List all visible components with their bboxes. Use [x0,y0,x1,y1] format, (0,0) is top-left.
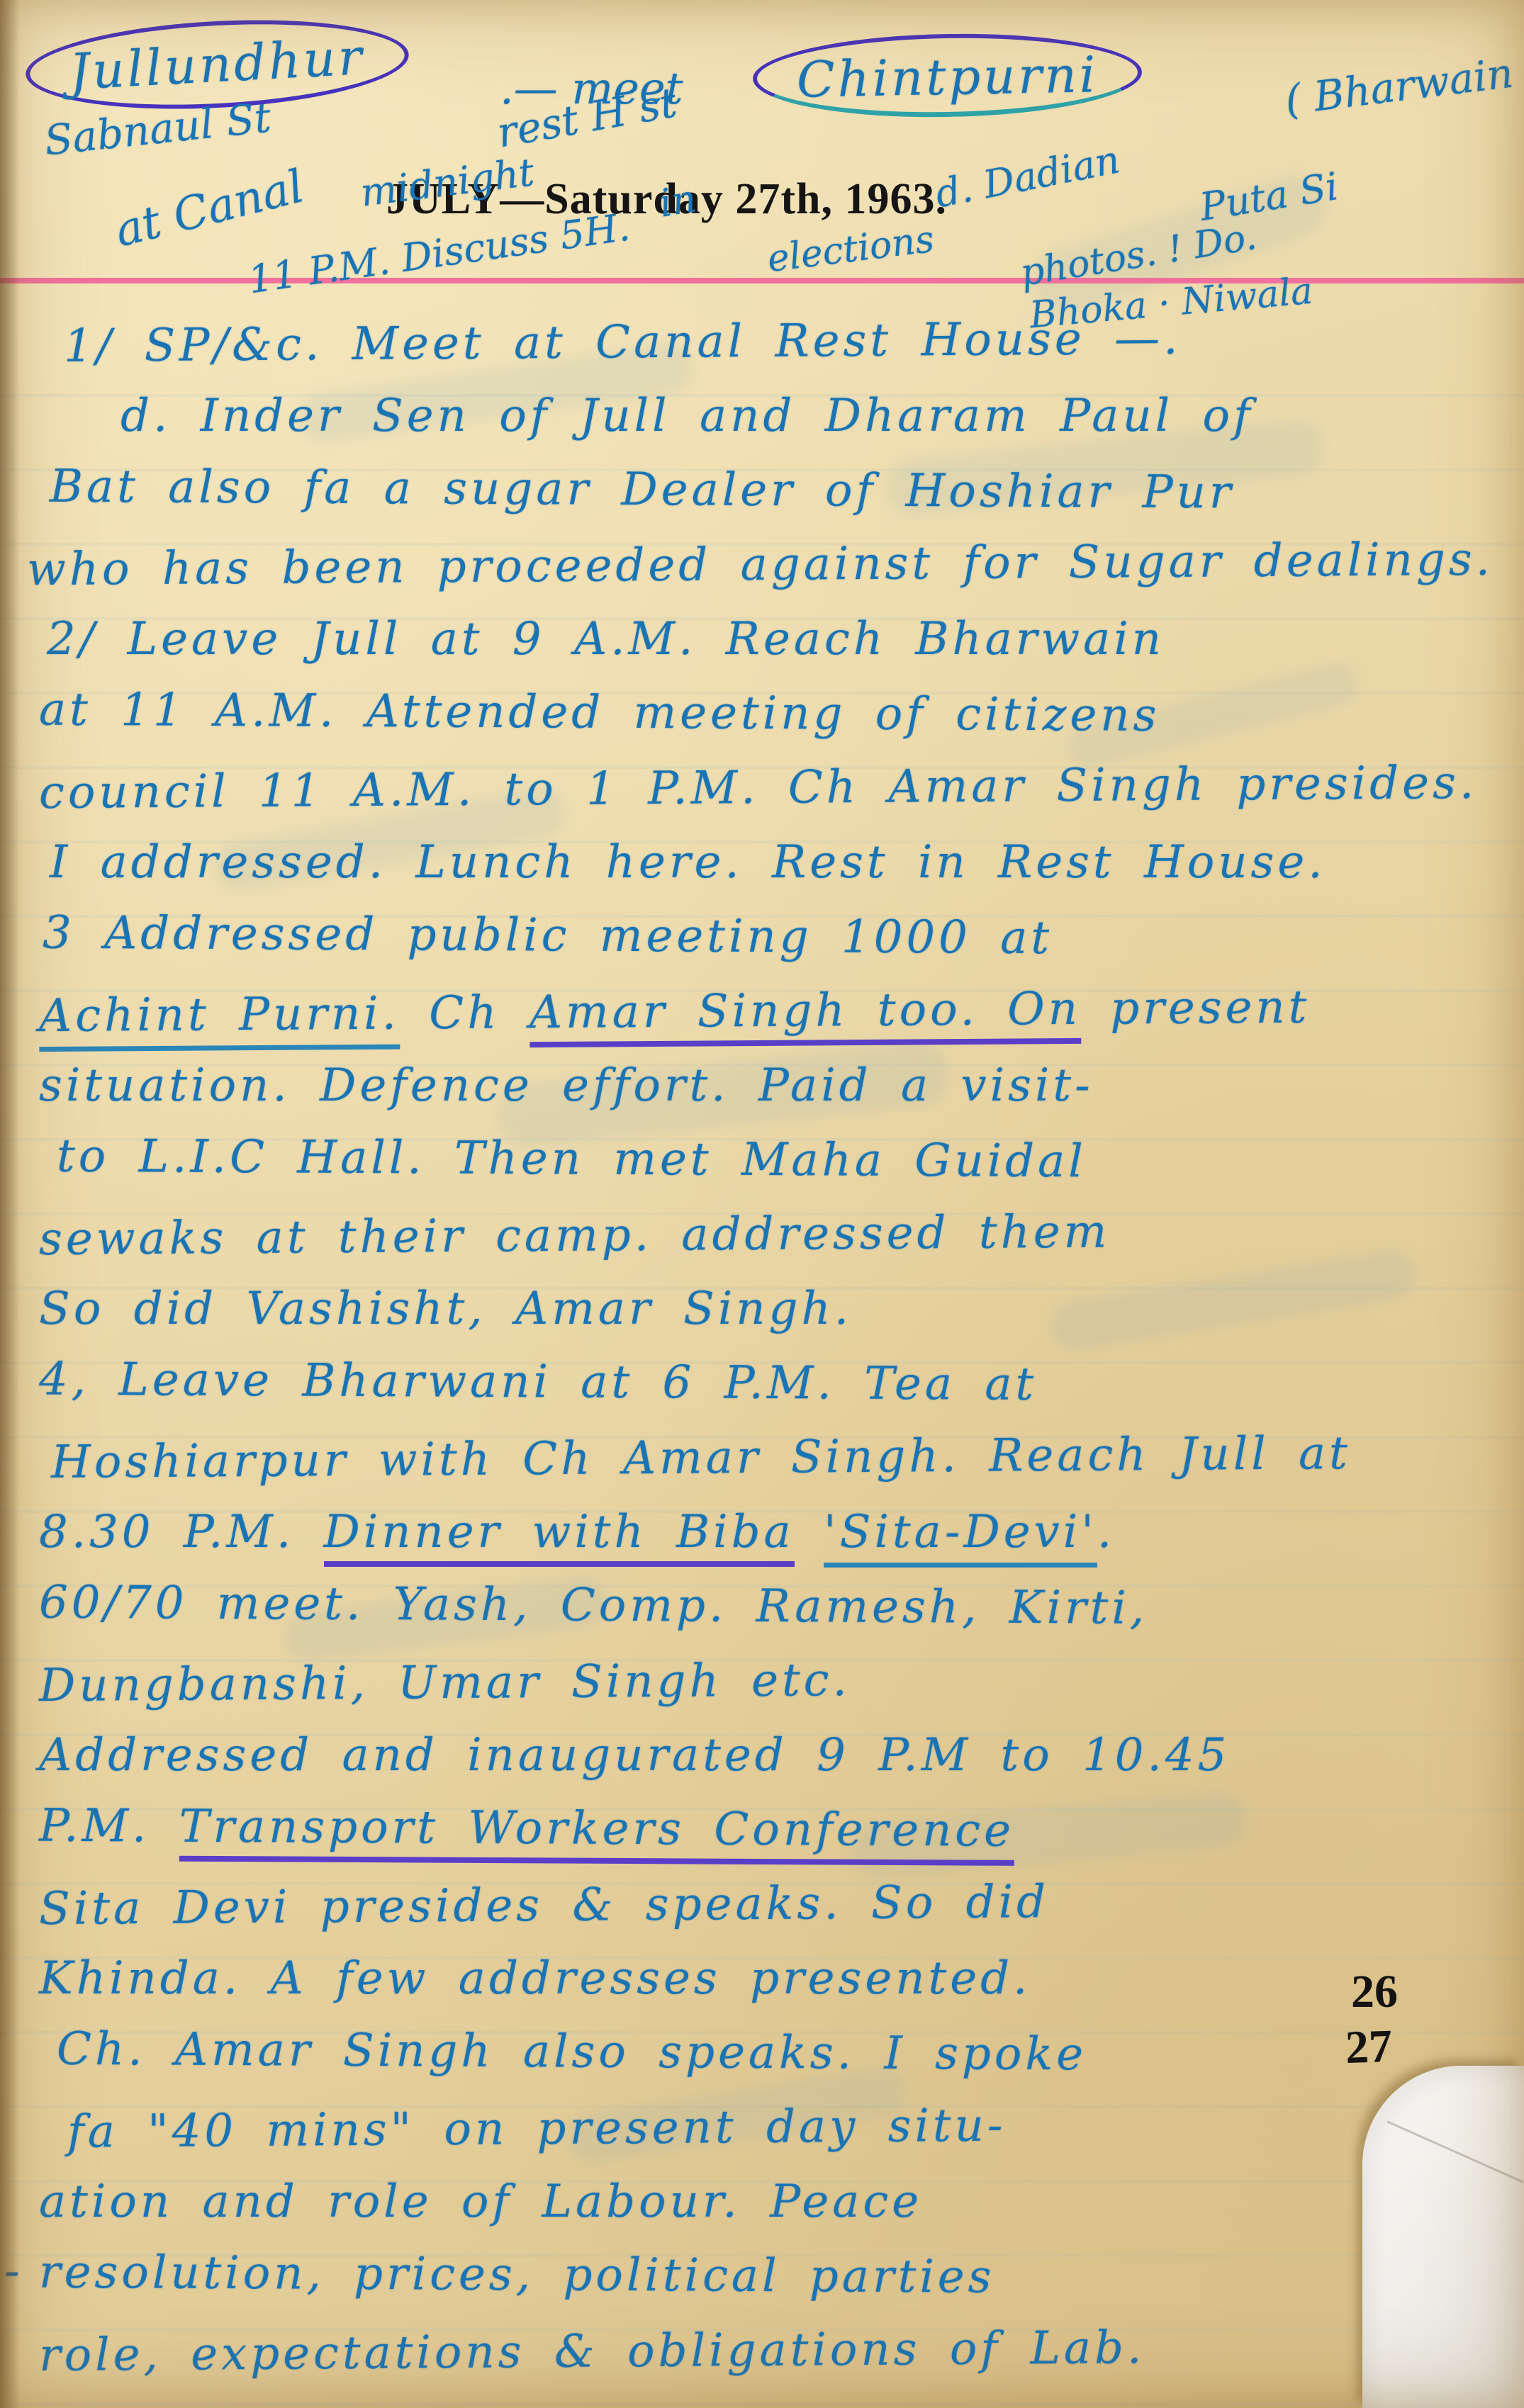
diary-line-segment: I addressed. Lunch here. Rest in Rest Ho… [50,836,1326,889]
diary-line-segment: Addressed and inaugurated 9 P.M to 10.45 [39,1729,1230,1782]
underlined-phrase: Achint Purni. [39,988,400,1052]
annotation-bharwain: ( Bharwain [1282,49,1515,125]
diary-line: Sita Devi presides & speaks. So did [0,1862,1524,1947]
diary-line-segment: who has been proceeded against for Sugar… [27,534,1494,596]
circled-place-chintpurni: Chintpurni [752,30,1143,120]
underlined-phrase: Amar Singh too. On [530,983,1082,1047]
diary-line: ation and role of Labour. Peace [0,2165,1524,2239]
diary-line-segment: 60/70 meet. Yash, Comp. Ramesh, Kirti, [39,1577,1148,1635]
diary-line-segment: 3 Addressed public meeting 1000 at [43,907,1053,964]
annotation-scrap: in [656,176,699,225]
diary-line-segment: So did Vashisht, Amar Singh. [39,1283,852,1335]
diary-line-segment: council 11 A.M. to 1 P.M. Ch Amar Singh … [39,757,1478,819]
diary-line-segment: Khinda. A few addresses presented. [39,1952,1031,2005]
diary-line: fa "40 mins" on present day situ- [0,2085,1524,2170]
diary-page: JULY—Saturday 27th, 1963. Jullundhur .— … [0,0,1524,2408]
diary-line-segment: sewaks at their camp. addressed them [39,1206,1111,1266]
diary-line-segment: at 11 A.M. Attended meeting of citizens [39,684,1160,742]
diary-line-segment: Ch. Amar Singh also speaks. I spoke [57,2023,1087,2081]
diary-line-segment: resolution, prices, political parties [39,2246,995,2304]
diary-line-segment [795,1506,824,1558]
diary-line: Addressed and inaugurated 9 P.M to 10.45 [0,1718,1524,1793]
diary-line: 2/ Leave Jull at 9 A.M. Reach Bharwain [0,602,1524,677]
margin-dash: - [4,2245,20,2297]
diary-line: 4, Leave Bharwani at 6 P.M. Tea at [0,1342,1524,1424]
diary-line: sewaks at their camp. addressed them [0,1192,1524,1277]
diary-line-segment: Sita Devi presides & speaks. So did [39,1876,1050,1935]
diary-line: Khinda. A few addresses presented. [0,1942,1524,2016]
diary-line: Achint Purni. Ch Amar Singh too. On pres… [0,969,1524,1054]
diary-line: d. Inder Sen of Jull and Dharam Paul of [0,379,1524,454]
diary-line-segment: 8.30 P.M. [39,1506,324,1558]
annotation-scrap: elections [765,218,936,281]
diary-line-segment: Bat also fa a sugar Dealer of Hoshiar Pu… [50,461,1235,519]
annotation-scrap: d. Dadian [931,137,1123,216]
annotation-scrap: Puta Si [1197,164,1341,230]
diary-line: to L.I.C Hall. Then met Maha Guidal [0,1119,1524,1201]
circled-word: Chintpurni [752,30,1143,120]
underlined-phrase: Transport Workers Conference [179,1801,1014,1866]
diary-line: council 11 A.M. to 1 P.M. Ch Amar Singh … [0,746,1524,831]
diary-line-segment: 2/ Leave Jull at 9 A.M. Reach Bharwain [47,613,1165,665]
annotation-scrap: at Canal [110,160,309,257]
diary-line: 60/70 meet. Yash, Comp. Ramesh, Kirti, [0,1565,1524,1648]
diary-line-segment: 4, Leave Bharwani at 6 P.M. Tea at [39,1354,1038,1411]
diary-line: Hoshiarpur with Ch Amar Singh. Reach Jul… [0,1415,1524,1500]
diary-line: So did Vashisht, Amar Singh. [0,1272,1524,1346]
page-number-27: 27 [1345,2023,1393,2071]
page-number-26: 26 [1351,1969,1398,2015]
diary-lines: 1/ SP/&c. Meet at Canal Rest House —.d. … [0,305,1524,2388]
diary-line-segment: d. Inder Sen of Jull and Dharam Paul of [121,390,1254,442]
diary-line: resolution, prices, political parties [0,2235,1524,2317]
underlined-phrase: Dinner with Biba [324,1506,795,1567]
diary-line: Bat also fa a sugar Dealer of Hoshiar Pu… [0,449,1524,531]
diary-line-segment: to L.I.C Hall. Then met Maha Guidal [57,1130,1087,1188]
diary-line-segment: ation and role of Labour. Peace [39,2176,922,2228]
diary-line: 3 Addressed public meeting 1000 at [0,896,1524,978]
diary-line: situation. Defence effort. Paid a visit- [0,1049,1524,1123]
diary-line-segment: P.M. [39,1800,179,1853]
diary-line-segment: Ch [400,986,530,1040]
diary-line: 8.30 P.M. Dinner with Biba 'Sita-Devi'. [0,1495,1524,1570]
diary-line: P.M. Transport Workers Conference [0,1789,1524,1871]
diary-line: at 11 A.M. Attended meeting of citizens [0,673,1524,755]
diary-line: Dungbanshi, Umar Singh etc. [0,1638,1524,1723]
diary-line: I addressed. Lunch here. Rest in Rest Ho… [0,826,1524,900]
diary-line-segment: present [1081,981,1311,1035]
diary-line: Ch. Amar Singh also speaks. I spoke [0,2012,1524,2094]
diary-line: 1/ SP/&c. Meet at Canal Rest House —. [0,299,1524,384]
diary-line: role, expectations & obligations of Lab. [0,2308,1524,2393]
diary-line-segment: Hoshiarpur with Ch Amar Singh. Reach Jul… [51,1427,1351,1489]
underlined-phrase: 'Sita-Devi' [824,1506,1097,1568]
diary-line-segment: fa "40 mins" on present day situ- [67,2100,1007,2159]
diary-line-segment: Dungbanshi, Umar Singh etc. [39,1654,851,1712]
diary-line-segment: situation. Defence effort. Paid a visit- [39,1059,1094,1112]
cut-corner-next-page [1362,2066,1524,2408]
diary-line-segment: role, expectations & obligations of Lab. [39,2322,1145,2382]
diary-line-segment: . [1097,1506,1115,1558]
diary-line: who has been proceeded against for Sugar… [0,522,1524,607]
diary-line-segment: 1/ SP/&c. Meet at Canal Rest House —. [64,313,1182,373]
